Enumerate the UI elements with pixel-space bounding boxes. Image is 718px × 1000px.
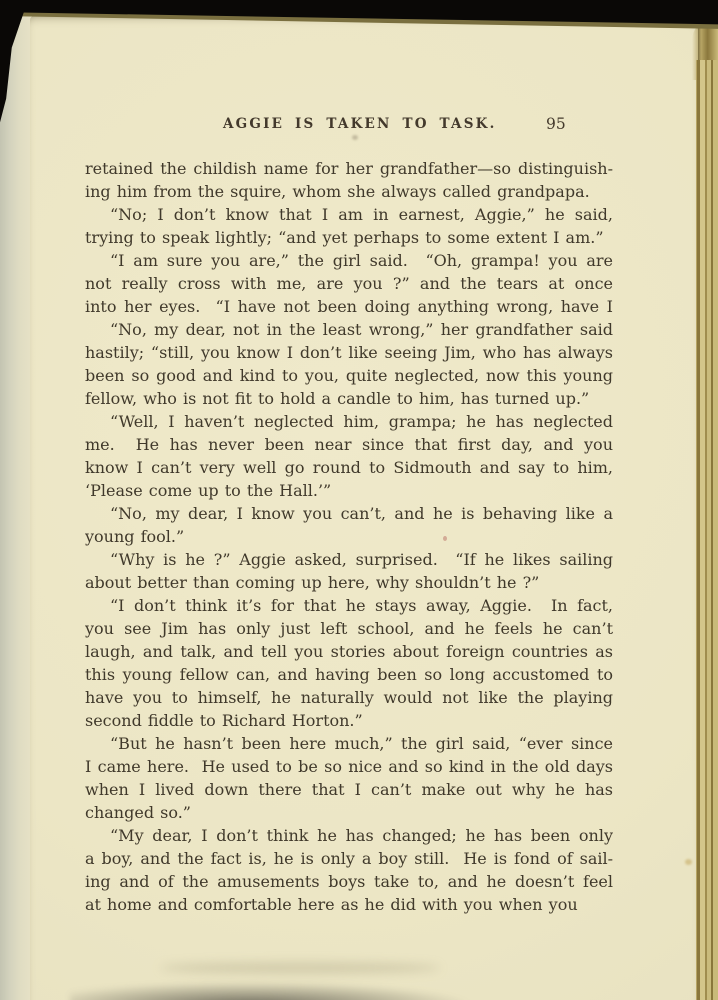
text-line: ‘Please come up to the Hall.’” — [85, 479, 613, 502]
text-line: about better than coming up here, why sh… — [85, 571, 613, 594]
page-number: 95 — [546, 115, 566, 133]
text-line: hastily; “still, you know I don’t like s… — [85, 341, 613, 364]
paragraph: “No; I don’t know that I am in earnest, … — [85, 203, 613, 249]
text-line: I came here. He used to be so nice and s… — [85, 755, 613, 778]
text-line: this young fellow can, and having been s… — [85, 663, 613, 686]
text-line: a boy, and the fact is, he is only a boy… — [85, 847, 613, 870]
text-line: “I am sure you are,” the girl said. “Oh,… — [85, 249, 613, 272]
text-line: not really cross with me, are you ?” and… — [85, 272, 613, 295]
text-line: “No, my dear, I know you can’t, and he i… — [85, 502, 613, 525]
text-line: me. He has never been near since that fi… — [85, 433, 613, 456]
text-line: fellow, who is not fit to hold a candle … — [85, 387, 613, 410]
text-line: “No; I don’t know that I am in earnest, … — [85, 203, 613, 226]
paragraph: “No, my dear, not in the least wrong,” h… — [85, 318, 613, 410]
text-line: ing and of the amusements boys take to, … — [85, 870, 613, 893]
bottom-page-shadow — [70, 982, 470, 1000]
text-line: “I don’t think it’s for that he stays aw… — [85, 594, 613, 617]
paragraph: “I am sure you are,” the girl said. “Oh,… — [85, 249, 613, 318]
text-line: you see Jim has only just left school, a… — [85, 617, 613, 640]
paragraph: “My dear, I don’t think he has changed; … — [85, 824, 613, 916]
paragraph: “Well, I haven’t neglected him, grampa; … — [85, 410, 613, 502]
body-text: retained the childish name for her grand… — [85, 157, 613, 916]
text-line: know I can’t very well go round to Sidmo… — [85, 456, 613, 479]
paragraph: “I don’t think it’s for that he stays aw… — [85, 594, 613, 732]
paragraph: retained the childish name for her grand… — [85, 157, 613, 203]
text-line: “But he hasn’t been here much,” the girl… — [85, 732, 613, 755]
text-line: laugh, and talk, and tell you stories ab… — [85, 640, 613, 663]
text-line: “Why is he ?” Aggie asked, surprised. “I… — [85, 548, 613, 571]
paper-blemish — [443, 536, 447, 541]
text-line: at home and comfortable here as he did w… — [85, 893, 613, 916]
text-line: been so good and kind to you, quite negl… — [85, 364, 613, 387]
page-edge-stack — [696, 60, 718, 1000]
text-line: ing him from the squire, whom she always… — [85, 180, 613, 203]
text-line: “Well, I haven’t neglected him, grampa; … — [85, 410, 613, 433]
bottom-shadow-smudge — [160, 962, 440, 974]
text-line: second fiddle to Richard Horton.” — [85, 709, 613, 732]
text-line: into her eyes. “I have not been doing an… — [85, 295, 613, 318]
paragraph: “Why is he ?” Aggie asked, surprised. “I… — [85, 548, 613, 594]
book-page-scan: AGGIE IS TAKEN TO TASK. 95 retained the … — [0, 0, 718, 1000]
text-line: “My dear, I don’t think he has changed; … — [85, 824, 613, 847]
page-header: AGGIE IS TAKEN TO TASK. 95 — [85, 116, 613, 138]
text-line: have you to himself, he naturally would … — [85, 686, 613, 709]
text-line: “No, my dear, not in the least wrong,” h… — [85, 318, 613, 341]
text-line: retained the childish name for her grand… — [85, 157, 613, 180]
text-line: changed so.” — [85, 801, 613, 824]
paragraph: “But he hasn’t been here much,” the girl… — [85, 732, 613, 824]
book-page: AGGIE IS TAKEN TO TASK. 95 retained the … — [30, 16, 698, 1000]
paragraph: “No, my dear, I know you can’t, and he i… — [85, 502, 613, 548]
running-head: AGGIE IS TAKEN TO TASK. — [223, 116, 497, 132]
adjacent-page-edge — [0, 10, 32, 1000]
paper-blemish — [685, 859, 692, 865]
text-line: trying to speak lightly; “and yet perhap… — [85, 226, 613, 249]
text-line: young fool.” — [85, 525, 613, 548]
paper-blemish — [352, 135, 358, 140]
text-line: when I lived down there that I can’t mak… — [85, 778, 613, 801]
